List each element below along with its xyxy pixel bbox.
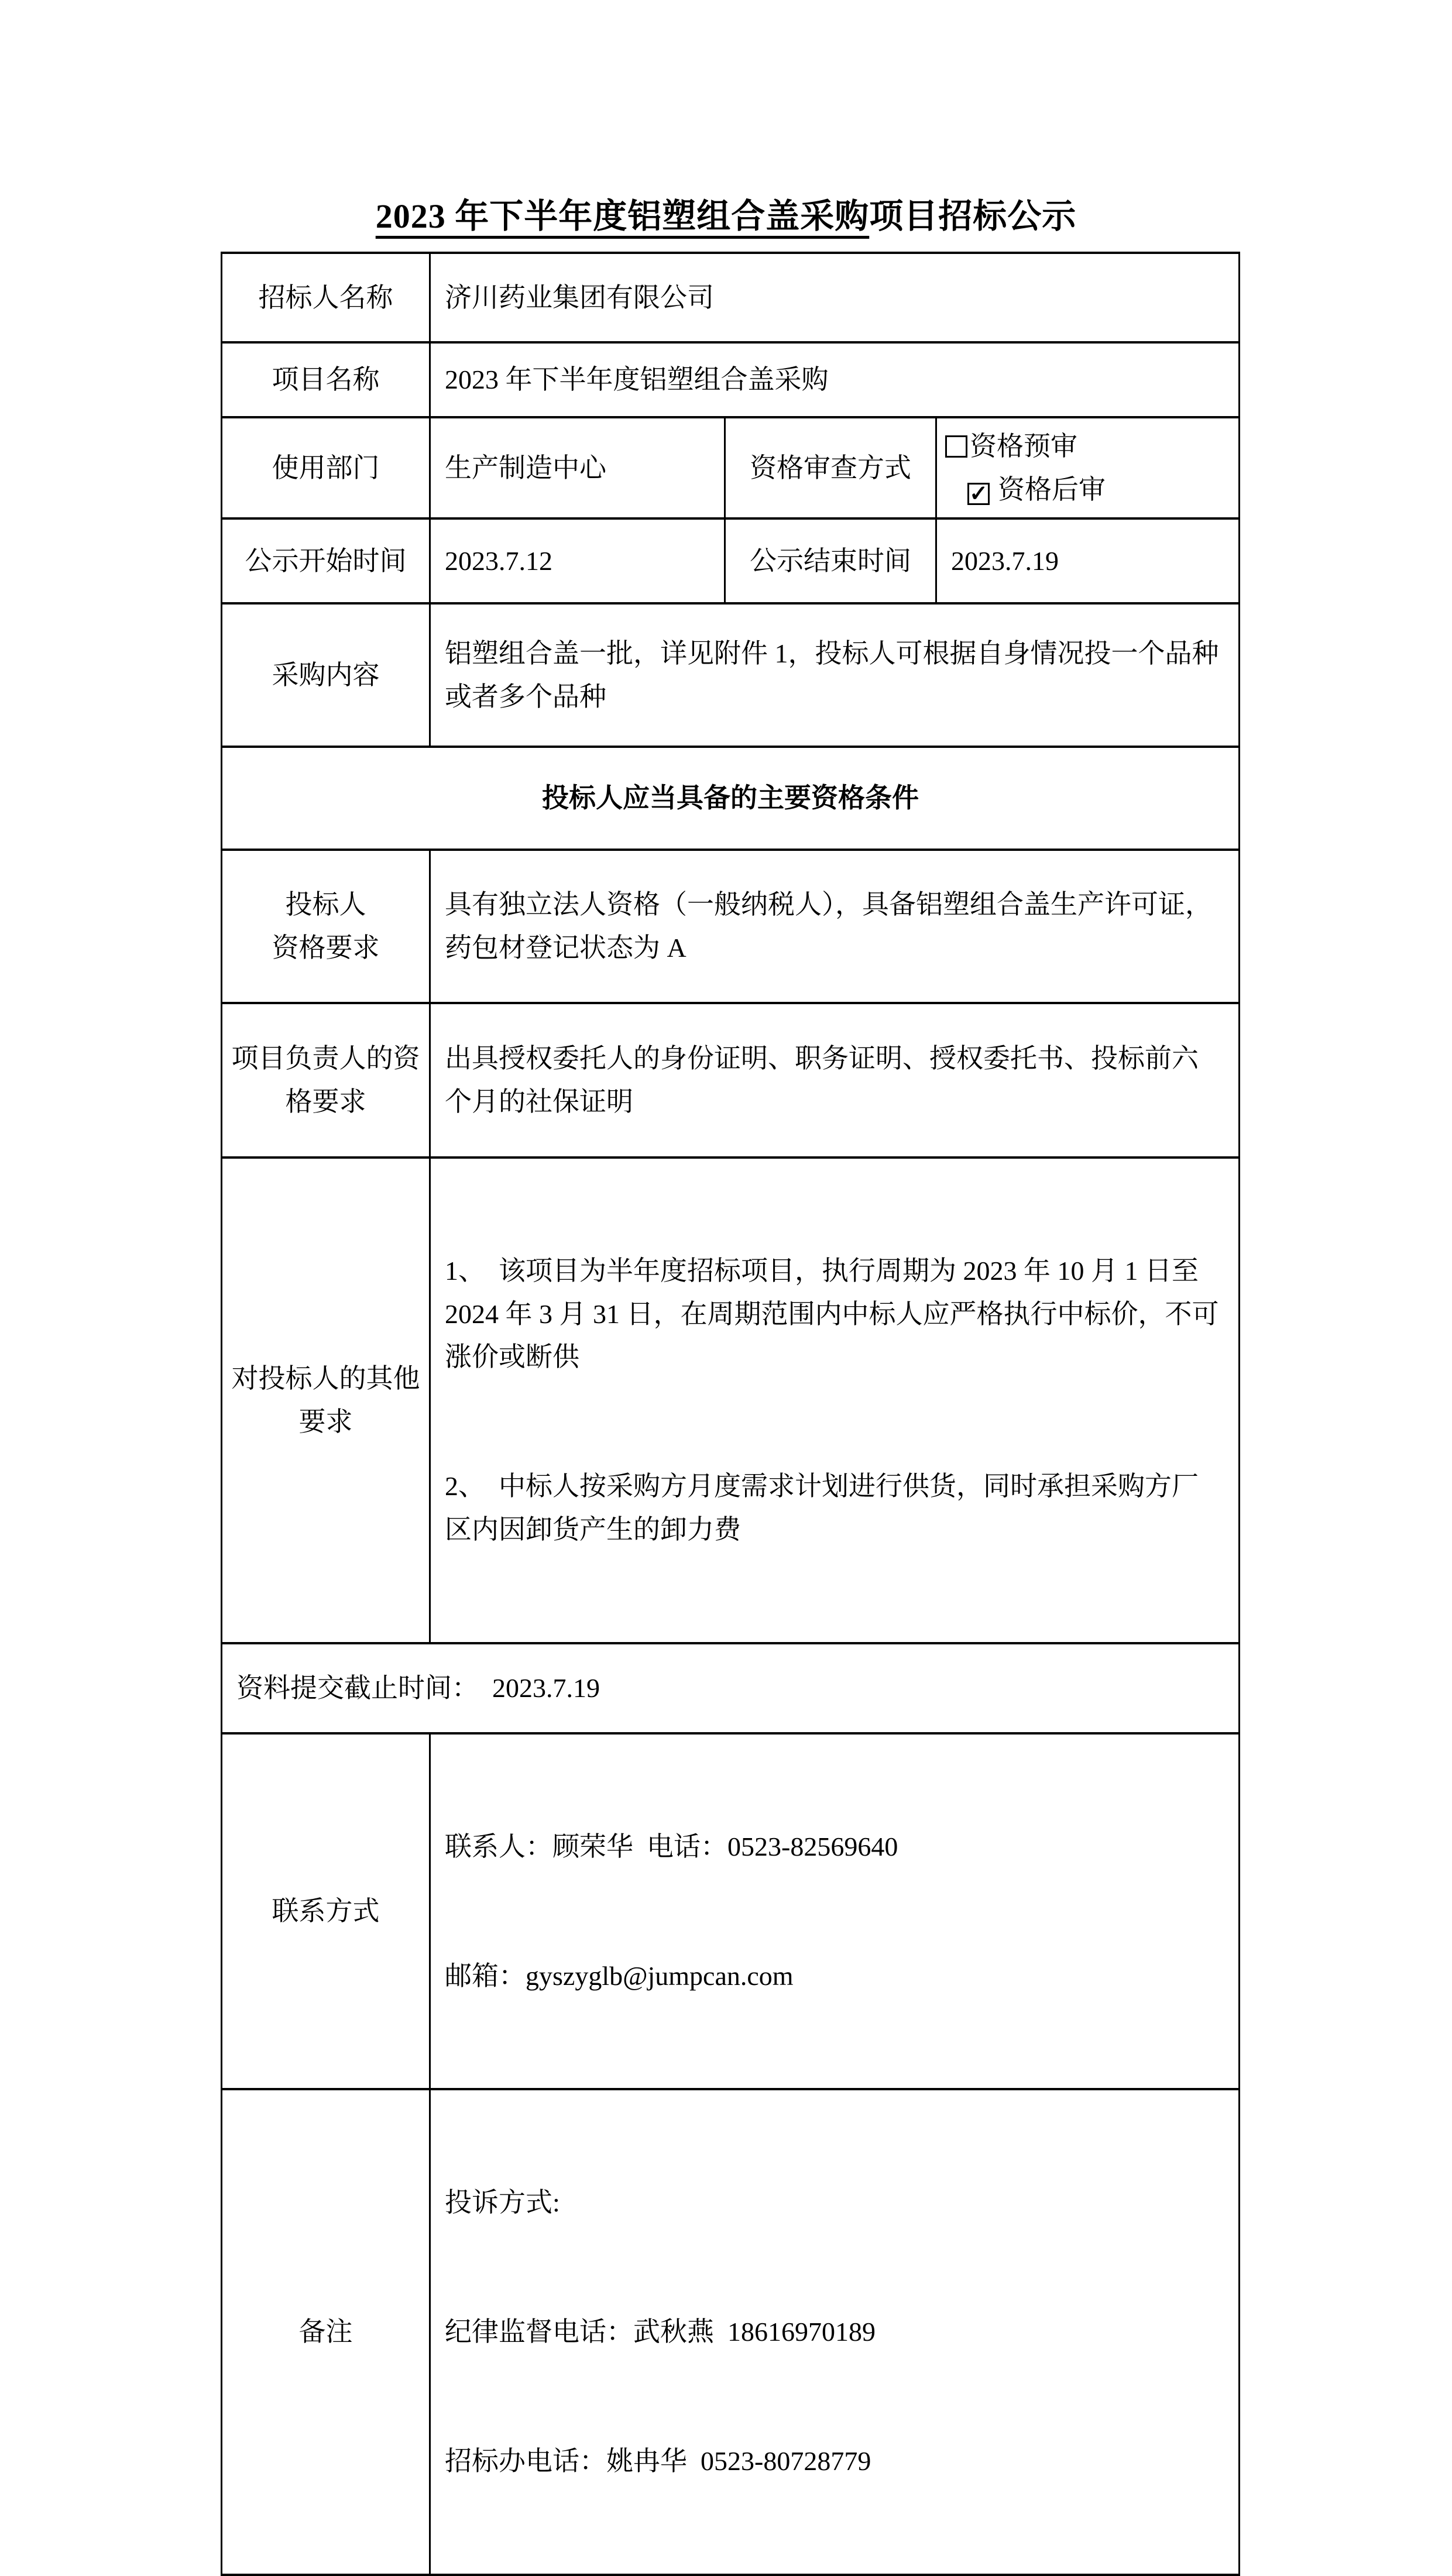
remark-value: 投诉方式: 纪律监督电话：武秋燕 18616970189 招标办电话：姚冉华 0… (430, 2089, 1240, 2575)
other-requirements-item-2: 2、 中标人按采购方月度需求计划进行供货，同时承担采购方厂区内因卸货产生的卸力费 (445, 1465, 1224, 1551)
bidder-qualification-label-line1: 投标人 (227, 883, 424, 926)
page-title: 2023 年下半年度铝塑组合盖采购项目招标公示 (0, 188, 1452, 238)
contact-email: 邮箱：gyszyglb@jumpcan.com (445, 1955, 1224, 1998)
procurement-value: 铝塑组合盖一批，详见附件 1，投标人可根据自身情况投一个品种或者多个品种 (430, 603, 1240, 747)
manager-qualification-label-line1: 项目负责人的资 (227, 1037, 424, 1080)
review-method-label: 资格审查方式 (725, 417, 936, 518)
review-method-value: 资格预审✓资格后审 (936, 417, 1240, 518)
row-section-header: 投标人应当具备的主要资格条件 (222, 747, 1240, 850)
bidder-qualification-label-line2: 资格要求 (227, 926, 424, 970)
contact-label: 联系方式 (222, 1733, 430, 2090)
option-prequalification: 资格预审 (945, 431, 1077, 461)
remark-complaint-method: 投诉方式: (445, 2181, 1224, 2224)
manager-qualification-value: 出具授权委托人的身份证明、职务证明、授权委托书、投标前六个月的社保证明 (430, 1003, 1240, 1158)
remark-discipline-phone: 纪律监督电话：武秋燕 18616970189 (445, 2310, 1224, 2354)
publicity-end-value: 2023.7.19 (936, 518, 1240, 603)
manager-qualification-label: 项目负责人的资格要求 (222, 1003, 430, 1158)
project-name-value: 2023 年下半年度铝塑组合盖采购 (430, 342, 1240, 417)
checkbox-checked-icon: ✓ (967, 483, 990, 505)
contact-value: 联系人：顾荣华 电话：0523-82569640 邮箱：gyszyglb@jum… (430, 1733, 1240, 2090)
manager-qualification-label-line2: 格要求 (227, 1080, 424, 1124)
row-remark: 备注 投诉方式: 纪律监督电话：武秋燕 18616970189 招标办电话：姚冉… (222, 2089, 1240, 2575)
contact-person-phone: 联系人：顾荣华 电话：0523-82569640 (445, 1825, 1224, 1869)
remark-tender-office-phone: 招标办电话：姚冉华 0523-80728779 (445, 2440, 1224, 2483)
publicity-start-value: 2023.7.12 (430, 518, 725, 603)
row-procurement-content: 采购内容 铝塑组合盖一批，详见附件 1，投标人可根据自身情况投一个品种或者多个品… (222, 603, 1240, 747)
other-requirements-value: 1、 该项目为半年度招标项目，执行周期为 2023 年 10 月 1 日至 20… (430, 1158, 1240, 1643)
row-bidder-name: 招标人名称 济川药业集团有限公司 (222, 253, 1240, 342)
other-requirements-label-line1: 对投标人的其他 (227, 1357, 424, 1400)
row-project-name: 项目名称 2023 年下半年度铝塑组合盖采购 (222, 342, 1240, 417)
row-other-requirements: 对投标人的其他要求 1、 该项目为半年度招标项目，执行周期为 2023 年 10… (222, 1158, 1240, 1643)
bidder-qualification-value: 具有独立法人资格（一般纳税人），具备铝塑组合盖生产许可证，药包材登记状态为 A (430, 850, 1240, 1003)
submission-deadline-text: 资料提交截止时间： 2023.7.19 (222, 1643, 1240, 1733)
option-prequalification-label: 资格预审 (970, 431, 1077, 461)
row-submission-deadline: 资料提交截止时间： 2023.7.19 (222, 1643, 1240, 1733)
project-name-label: 项目名称 (222, 342, 430, 417)
procurement-label: 采购内容 (222, 603, 430, 747)
checkbox-unchecked-icon (945, 435, 967, 458)
row-publicity-dates: 公示开始时间 2023.7.12 公示结束时间 2023.7.19 (222, 518, 1240, 603)
row-manager-qualification: 项目负责人的资格要求 出具授权委托人的身份证明、职务证明、授权委托书、投标前六个… (222, 1003, 1240, 1158)
department-label: 使用部门 (222, 417, 430, 518)
department-value: 生产制造中心 (430, 417, 725, 518)
bidder-name-value: 济川药业集团有限公司 (430, 253, 1240, 342)
row-department-review: 使用部门 生产制造中心 资格审查方式 资格预审✓资格后审 (222, 417, 1240, 518)
row-bidder-qualification: 投标人资格要求 具有独立法人资格（一般纳税人），具备铝塑组合盖生产许可证，药包材… (222, 850, 1240, 1003)
other-requirements-label: 对投标人的其他要求 (222, 1158, 430, 1643)
bidder-name-label: 招标人名称 (222, 253, 430, 342)
row-contact: 联系方式 联系人：顾荣华 电话：0523-82569640 邮箱：gyszygl… (222, 1733, 1240, 2090)
other-requirements-label-line2: 要求 (227, 1400, 424, 1444)
other-requirements-item-1: 1、 该项目为半年度招标项目，执行周期为 2023 年 10 月 1 日至 20… (445, 1249, 1224, 1379)
remark-label: 备注 (222, 2089, 430, 2575)
publicity-end-label: 公示结束时间 (725, 518, 936, 603)
title-plain-part: 项目招标公示 (869, 197, 1076, 235)
bidder-qualification-label: 投标人资格要求 (222, 850, 430, 1003)
tender-announcement-table: 招标人名称 济川药业集团有限公司 项目名称 2023 年下半年度铝塑组合盖采购 … (221, 252, 1240, 2576)
title-underlined-part: 2023 年下半年度铝塑组合盖采购 (376, 197, 870, 235)
option-postqualification: ✓资格后审 (967, 475, 1106, 504)
publicity-start-label: 公示开始时间 (222, 518, 430, 603)
option-postqualification-label: 资格后审 (998, 475, 1106, 504)
section-header: 投标人应当具备的主要资格条件 (222, 747, 1240, 850)
